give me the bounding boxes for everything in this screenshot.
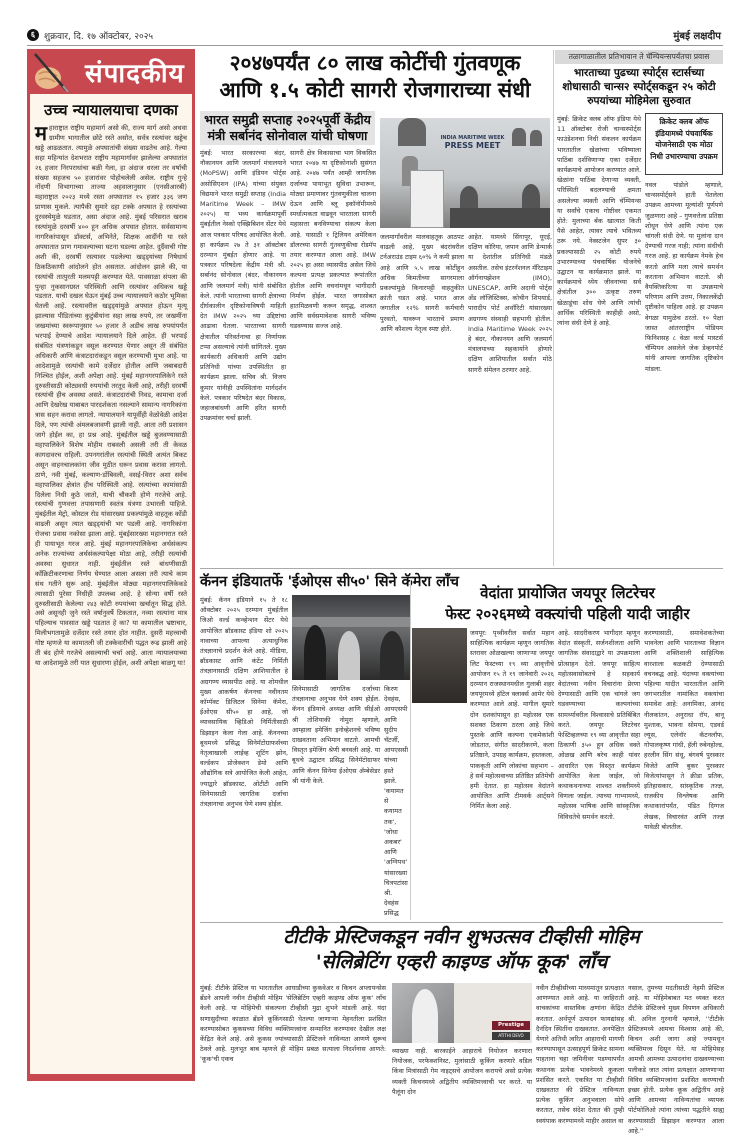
lead-story-column-1: मुंबई: भारत सरकारच्या बंदर, नौकानयन आणि …: [200, 148, 286, 566]
canon-headline: कॅनन इंडियातर्फे 'ईओएस सी५०' सिने कॅमेरा…: [200, 571, 410, 591]
dais-table: [450, 208, 550, 228]
canon-column-2: सिनेमासाठी जागतिक दर्जाच्या तंत्रज्ञानाच…: [292, 684, 380, 920]
lead-story-column-2: सागरी क्षेत्र विकासाचा भाग विकसित भारत २…: [290, 148, 376, 566]
editorial-headline: उच्च न्यायालयाचा दणका: [35, 100, 187, 120]
editorial-section-title: संपादकीय: [85, 54, 185, 90]
headline-line-1: टीटीके प्रेस्टिजकडून नवीन शुभउत्सव टीव्ह…: [200, 925, 723, 950]
vedanta-speaker-photo: [412, 628, 467, 703]
portrait-right-1: [512, 128, 526, 146]
press-meet-photo: INDIA MARITIME WEEK PRESS MEET: [380, 118, 550, 228]
podium: [410, 170, 444, 228]
column-divider: [553, 50, 554, 566]
person-suit: [304, 625, 326, 680]
editorial-banner: संपादकीय: [30, 52, 192, 94]
ttk-column-4: नसाल, तुमच्या मदतीसाठी नेहमी प्रेस्टिज आ…: [628, 983, 724, 1133]
lead-story-headline: २०४७पर्यंत ८० लाख कोटींची गुंतवणूक आणि १…: [200, 50, 550, 104]
issue-date: शुक्रवार, दि. १७ ऑक्टोबर, २०२५: [44, 29, 153, 42]
headline-line-2: आणि १.५ कोटी सागरी रोजगाराच्या संधी: [200, 77, 550, 104]
dropcap: म: [35, 124, 47, 142]
publication-name: मुंबई लक्षदीप: [673, 28, 721, 42]
editorial-text: म हाराष्ट्रात राष्ट्रीय महामार्ग असो की,…: [35, 124, 187, 669]
lead-story-column-3: जलमार्गांवरील मालवाहतूक आठपट वाढली आहे, …: [380, 232, 464, 566]
headline-line-1: २०४७पर्यंत ८० लाख कोटींची गुंतवणूक: [200, 50, 550, 77]
sports-pull-quote: क्रिकेट क्लब ऑफ इंडियामध्ये पंचवार्षिक य…: [645, 113, 723, 175]
display-shelf: [292, 617, 410, 627]
person-white-shirt: [338, 631, 360, 680]
vedanta-headline: वेदांता प्रायोजित जयपूर लिटरेचर फेस्ट २०…: [412, 583, 723, 625]
prestige-logo: Prestige: [492, 1021, 530, 1030]
pen-hand-icon: [33, 52, 69, 92]
vedanta-column-1: जयपूर: पृथ्वीवरील सर्वात महान साहित्यिक …: [470, 628, 554, 920]
page-number-badge: ६: [27, 29, 39, 41]
sports-column-1: मुंबई: क्रिकेट क्लब ऑफ इंडिया येथे 11 ऑक…: [557, 114, 641, 566]
lead-story-column-4: आहेत. यामध्ये सिंगापूर, यूएई, दक्षिण कोर…: [468, 232, 552, 566]
ttk-campaign-photo: Prestige ATITHI DEVO BHAVA: [392, 983, 532, 1043]
sports-kicker: तळागाळातील प्रतिभावान ते चॅम्पियन्सपर्यं…: [555, 50, 723, 64]
headline-line-2: 'सेलिब्रेटिंग एव्हरी काइण्ड ऑफ कूक' लाँच: [200, 950, 723, 975]
page-header: ६ शुक्रवार, दि. १७ ऑक्टोबर, २०२५ मुंबई ल…: [27, 28, 723, 46]
editorial-box: संपादकीय उच्च न्यायालयाचा दणका म हाराष्ट…: [27, 49, 195, 1081]
seated-person: [460, 186, 478, 210]
seated-person: [522, 184, 540, 210]
newspaper-page: ६ शुक्रवार, दि. १७ ऑक्टोबर, २०२५ मुंबई ल…: [0, 0, 750, 1148]
section-divider: [200, 568, 723, 569]
portrait-left: [398, 118, 426, 146]
canon-launch-photo: [292, 595, 410, 680]
ttk-column-2: व्याख्या नाही. बारकाईने आहाराचे नियोजन क…: [392, 1046, 532, 1136]
ttk-column-3: नवीन टीव्हीसीच्या माध्यमातून प्रत्यक्षात…: [536, 983, 624, 1133]
canon-column-1: मुंबई: कॅनन इंडियाने १५ ते १८ ऑक्टोबर २०…: [200, 595, 288, 925]
person-dark-shirt: [380, 631, 404, 680]
column-divider: [410, 580, 411, 920]
campaign-logo: ATITHI DEVO BHAVA: [492, 1032, 530, 1040]
ttk-column-1: मुंबई: टीटीके प्रेस्टिज या भारतातील आघाड…: [200, 983, 386, 1133]
headline-line-2: फेस्ट २०२६मध्ये वक्त्यांची पहिली यादी जा…: [412, 604, 723, 625]
canon-column-3: किरण देवहंस, आयएसपी आणि सुदीप चॅटर्जी, आ…: [384, 684, 408, 920]
headline-line-1: वेदांता प्रायोजित जयपूर लिटरेचर: [412, 583, 723, 604]
portrait-right-2: [530, 130, 542, 146]
chef-figure: [412, 989, 438, 1043]
editorial-body: उच्च न्यायालयाचा दणका म हाराष्ट्रात राष्…: [30, 94, 192, 1074]
sports-column-2: नवल पांडोले म्हणाले, चान्सस्पोर्ट्सने हा…: [645, 180, 723, 566]
sports-headline: भारताच्या पुढच्या स्पोर्ट्स स्टार्सच्या …: [555, 66, 723, 108]
vedanta-column-3: करण्यासाठी, समावेशकतेच्या भावनेला आणि भा…: [644, 628, 724, 920]
lead-story-subhead: भारत समुद्री सप्ताह २०२५पूर्वी केंद्रीय …: [200, 111, 375, 145]
ttk-headline: टीटीके प्रेस्टिजकडून नवीन शुभउत्सव टीव्ह…: [200, 925, 723, 975]
photo-banner: INDIA MARITIME WEEK PRESS MEET: [440, 135, 505, 150]
section-divider: [200, 922, 723, 923]
vedanta-column-2: आहे. सादरीकरण भागीदार म्हणून वेदांत संस्…: [558, 628, 640, 920]
editorial-paragraph: हाराष्ट्रात राष्ट्रीय महामार्ग असो की, र…: [35, 124, 187, 667]
